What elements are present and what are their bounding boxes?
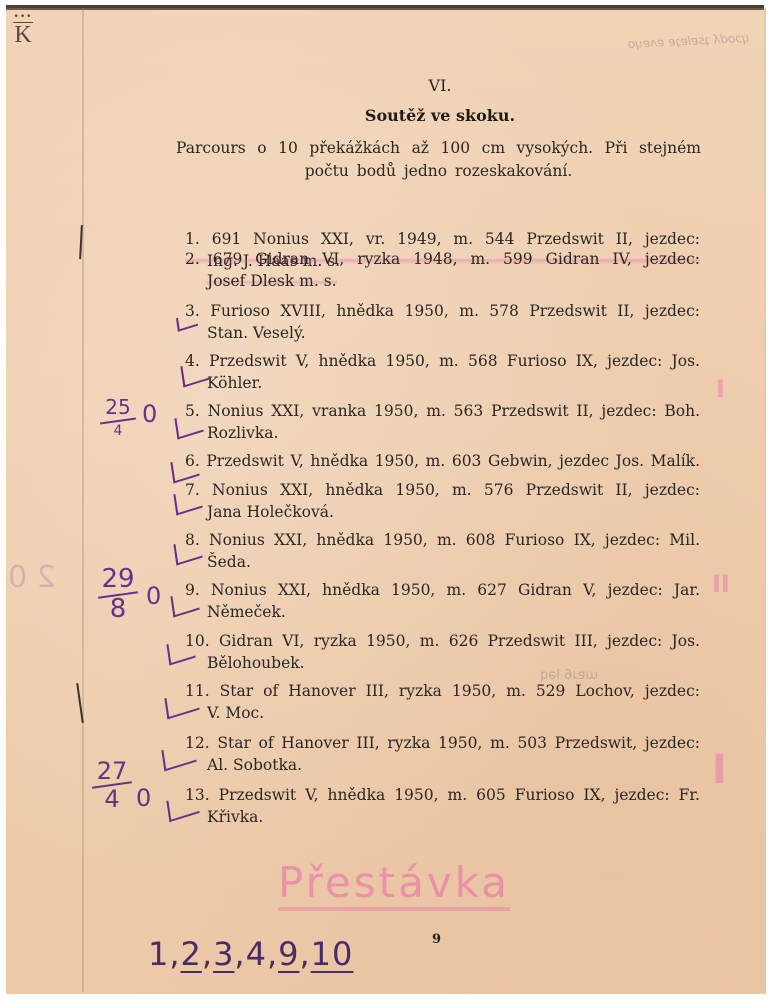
entry-4: 4. Przedswit V, hnědka 1950, m. 568 Furi… bbox=[185, 350, 700, 394]
entry-11: 11. Star of Hanover III, ryzka 1950, m. … bbox=[185, 680, 700, 724]
entry-line2: Stan. Veselý. bbox=[185, 322, 700, 344]
page-number: 9 bbox=[432, 932, 441, 947]
entry-7: 7. Nonius XXI, hnědka 1950, m. 576 Przed… bbox=[185, 479, 700, 523]
handwritten-fraction-1: 25 4 bbox=[100, 396, 136, 438]
entry-2: 2. 679 Gidran VI, ryzka 1948, m. 599 Gid… bbox=[185, 248, 700, 292]
entry-line1: Nonius XXI, hnědka 1950, m. 608 Furioso … bbox=[209, 531, 700, 549]
logo-k-icon: ••• K bbox=[12, 13, 34, 47]
handwritten-zero: 0 bbox=[142, 400, 157, 428]
entry-6: 6. Przedswit V, hnědka 1950, m. 603 Gebw… bbox=[185, 450, 700, 472]
entry-line2: Němeček. bbox=[185, 601, 700, 623]
handwritten-fraction-2: 29 8 bbox=[98, 566, 138, 620]
faint-show-through-left: 2 0 bbox=[8, 560, 56, 595]
entry-line2: Al. Sobotka. bbox=[185, 754, 700, 776]
pink-mark-right-1: I bbox=[716, 375, 725, 403]
entry-10: 10. Gidran VI, ryzka 1950, m. 626 Przeds… bbox=[185, 630, 700, 674]
entry-13: 13. Przedswit V, hnědka 1950, m. 605 Fur… bbox=[185, 784, 700, 828]
page-spine-fold bbox=[82, 8, 84, 992]
entry-line1: Furioso XVIII, hnědka 1950, m. 578 Przed… bbox=[210, 302, 700, 320]
entry-line2: Křivka. bbox=[185, 806, 700, 828]
handwritten-zero: 0 bbox=[136, 784, 151, 812]
entry-line2: Šeda. bbox=[185, 551, 700, 573]
entry-8: 8. Nonius XXI, hnědka 1950, m. 608 Furio… bbox=[185, 529, 700, 573]
section-title: Soutěž ve skoku. bbox=[0, 106, 779, 125]
logo-dots: ••• bbox=[12, 13, 34, 21]
entry-line1: Przedswit V, hnědka 1950, m. 568 Furioso… bbox=[209, 352, 700, 370]
entry-line2: Bělohoubek. bbox=[185, 652, 700, 674]
entry-line2: Rozlivka. bbox=[185, 422, 700, 444]
entry-line1: 691 Nonius XXI, vr. 1949, m. 544 Przedsw… bbox=[212, 230, 700, 248]
pink-mark-right-3: I bbox=[712, 750, 727, 790]
entry-number: 2. bbox=[185, 250, 200, 268]
section-intro: Parcours o 10 překážkách až 100 cm vysok… bbox=[176, 137, 701, 183]
logo-letter: K bbox=[12, 23, 34, 47]
entry-line1: Nonius XXI, hnědka 1950, m. 627 Gidran V… bbox=[211, 581, 700, 599]
entry-5: 5. Nonius XXI, vranka 1950, m. 563 Przed… bbox=[185, 400, 700, 444]
handwritten-bottom-note: 1,2,3,4,9,10 bbox=[148, 935, 353, 973]
handwritten-zero: 0 bbox=[146, 582, 161, 610]
entry-line2: Köhler. bbox=[185, 372, 700, 394]
entry-line1: Star of Hanover III, ryzka 1950, m. 503 … bbox=[217, 734, 700, 752]
entry-line1: Nonius XXI, hnědka 1950, m. 576 Przedswi… bbox=[212, 481, 700, 499]
handwritten-fraction-3: 27 4 bbox=[92, 760, 132, 810]
entry-12: 12. Star of Hanover III, ryzka 1950, m. … bbox=[185, 732, 700, 776]
entry-line2: Jana Holečková. bbox=[185, 501, 700, 523]
entry-line1: Star of Hanover III, ryzka 1950, m. 529 … bbox=[220, 682, 700, 700]
pink-handwritten-note: Přestávka bbox=[278, 858, 510, 911]
entry-line1: Nonius XXI, vranka 1950, m. 563 Przedswi… bbox=[208, 402, 700, 420]
entry-line1: Przedswit V, hnědka 1950, m. 603 Gebwin,… bbox=[206, 452, 700, 470]
entry-line1: Przedswit V, hnědka 1950, m. 605 Furioso… bbox=[219, 786, 700, 804]
entry-3: 3. Furioso XVIII, hnědka 1950, m. 578 Pr… bbox=[185, 300, 700, 344]
entry-9: 9. Nonius XXI, hnědka 1950, m. 627 Gidra… bbox=[185, 579, 700, 623]
entry-line1: 679 Gidran VI, ryzka 1948, m. 599 Gidran… bbox=[213, 250, 700, 268]
entry-line2: Josef Dlesk m. s. bbox=[207, 272, 337, 290]
pink-mark-right-2: II bbox=[712, 570, 730, 598]
faint-show-through-mid: ɯɐɹ6 lǝq bbox=[540, 668, 598, 683]
entry-line1: Gidran VI, ryzka 1950, m. 626 Przedswit … bbox=[219, 632, 700, 650]
section-number: VI. bbox=[0, 76, 779, 95]
entry-number: 1. bbox=[185, 230, 200, 248]
entry-line2: V. Moc. bbox=[185, 702, 700, 724]
